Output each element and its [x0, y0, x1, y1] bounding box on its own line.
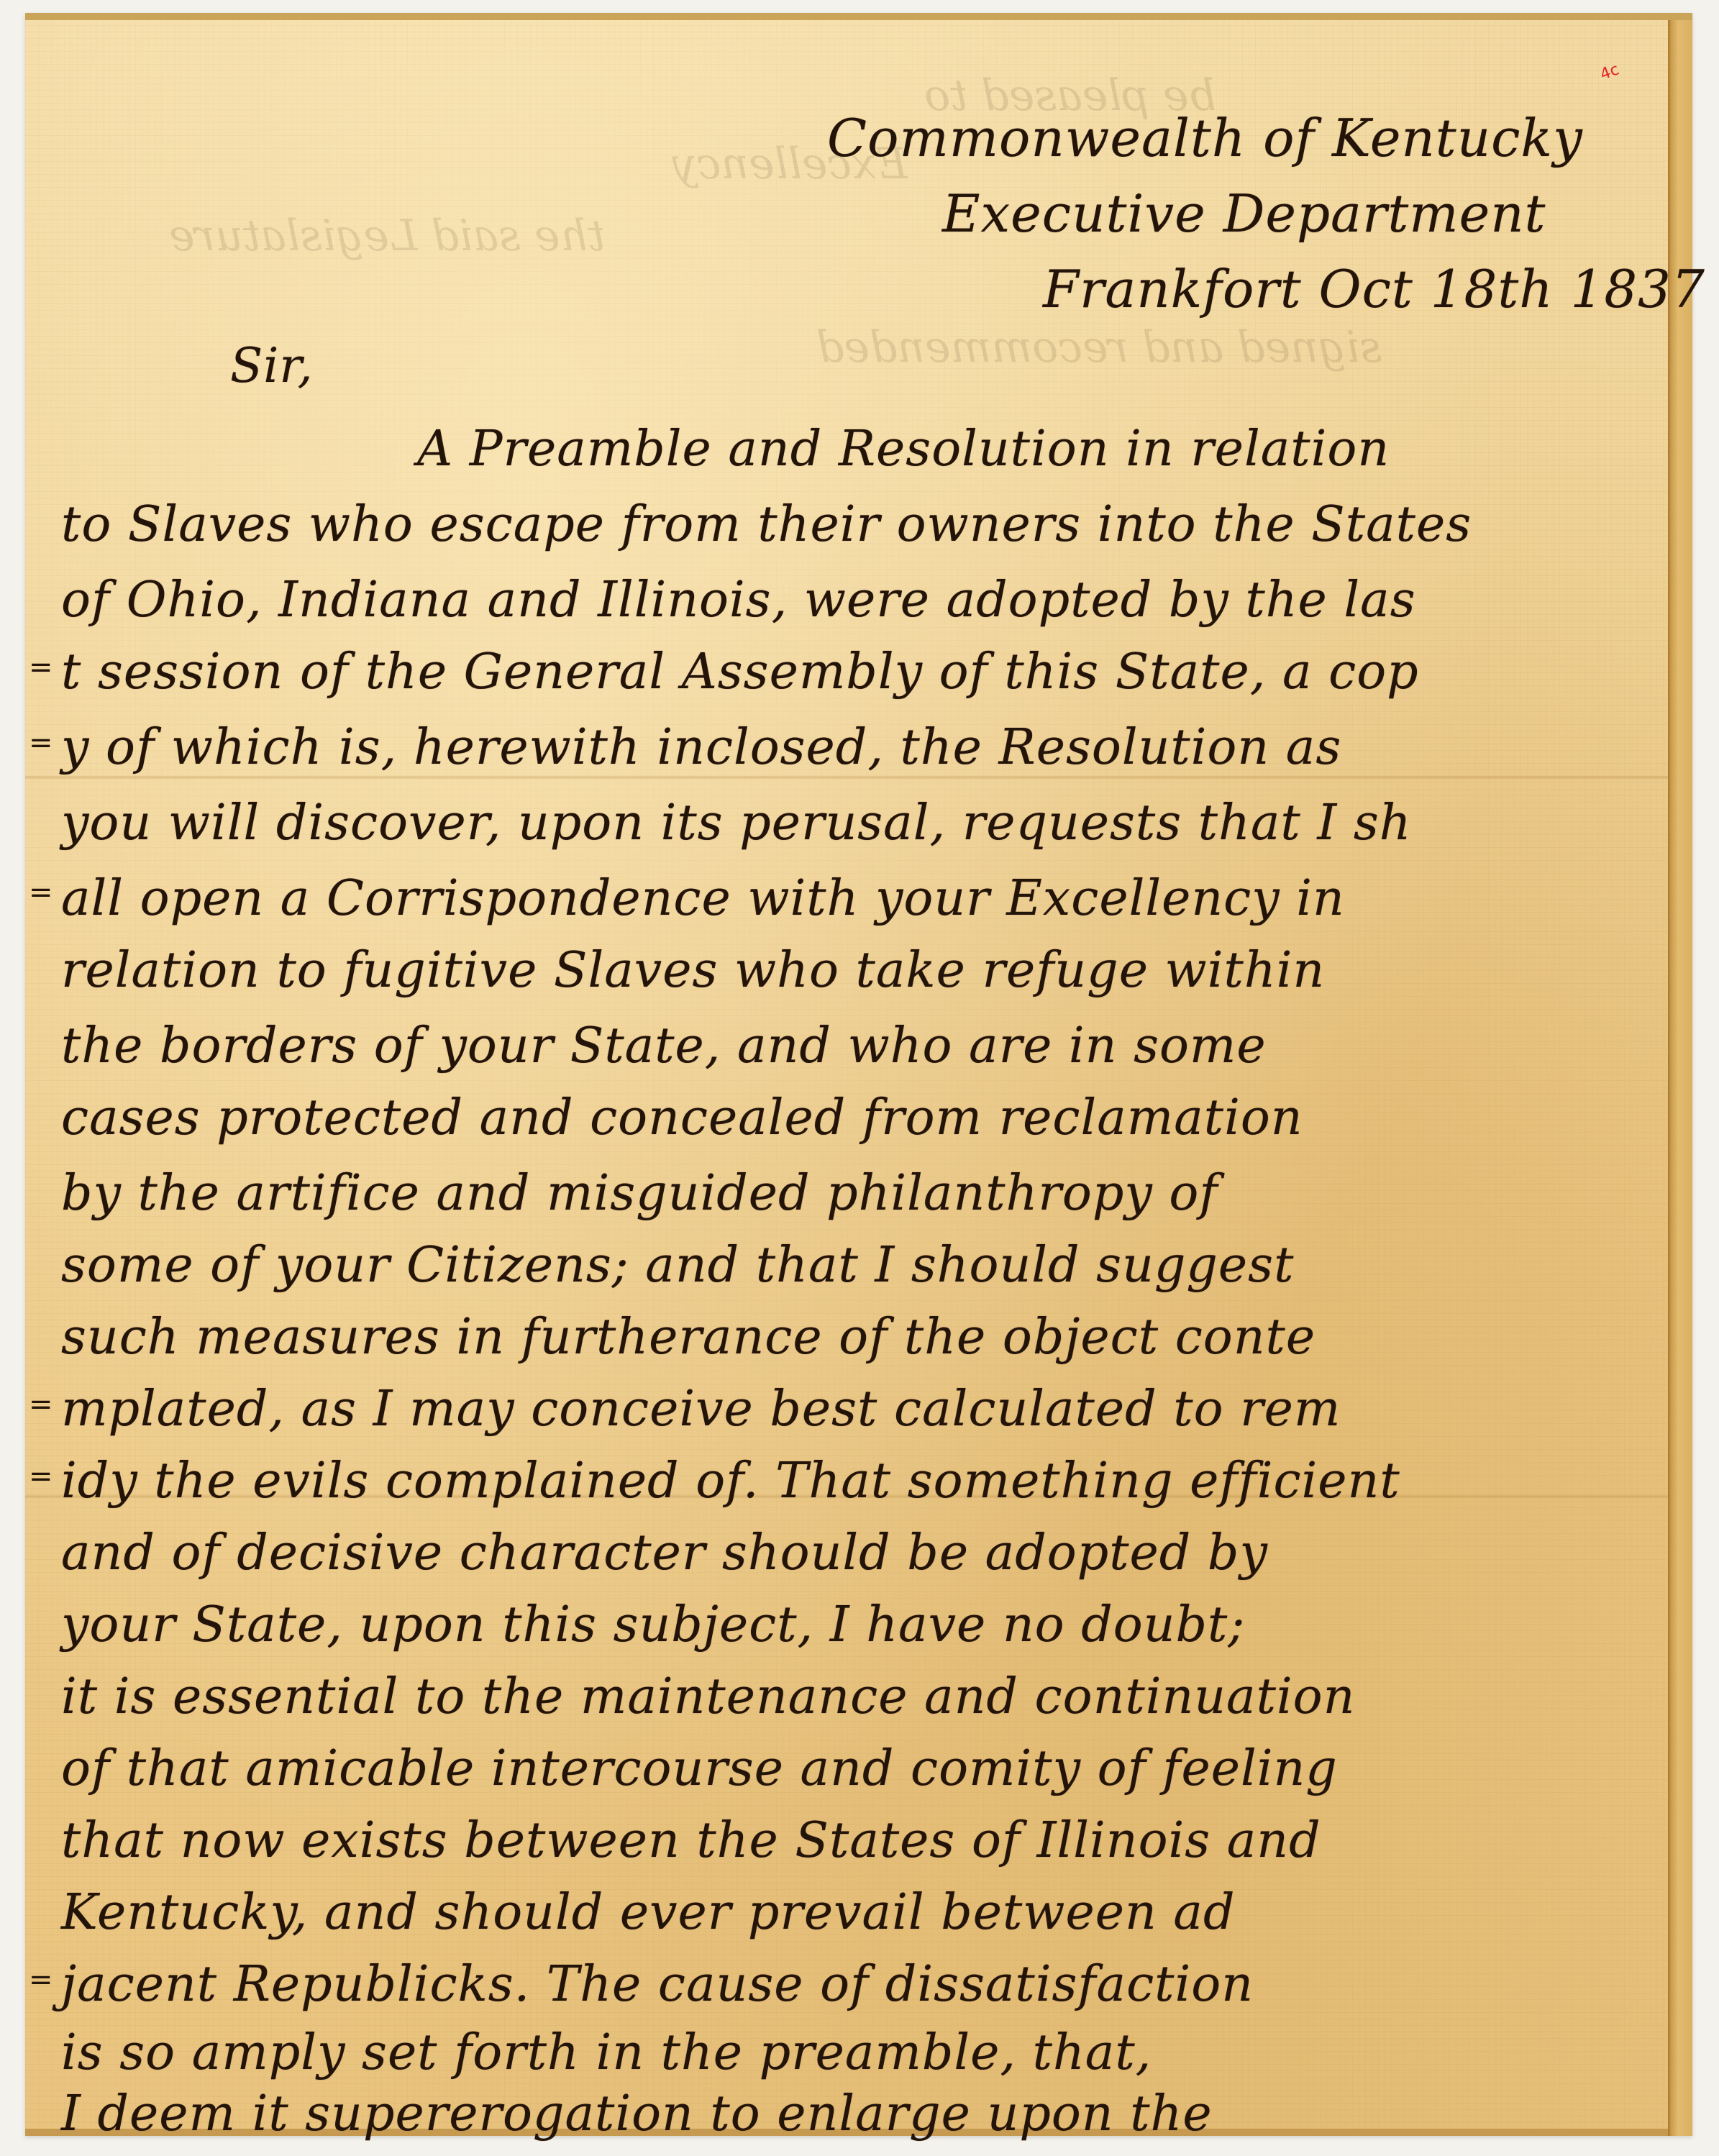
body-line: I deem it supererogation to enlarge upon… — [61, 2086, 1213, 2142]
body-line: it is essential to the maintenance and c… — [61, 1668, 1355, 1725]
continuation-mark: = — [29, 1460, 53, 1493]
body-line: y of which is, herewith inclosed, the Re… — [61, 719, 1341, 776]
heading-commonwealth: Commonwealth of Kentucky — [827, 108, 1583, 168]
body-line: and of decisive character should be adop… — [61, 1525, 1268, 1581]
body-line: Kentucky, and should ever prevail betwee… — [61, 1884, 1235, 1941]
body-line: jacent Republicks. The cause of dissatis… — [61, 1956, 1254, 2013]
body-line: the borders of your State, and who are i… — [61, 1018, 1267, 1074]
body-line: t session of the General Assembly of thi… — [61, 644, 1419, 700]
body-line: of that amicable intercourse and comity … — [61, 1740, 1338, 1797]
bleed-through-text: the said Legislature — [169, 211, 605, 261]
body-line: that now exists between the States of Il… — [61, 1812, 1321, 1869]
continuation-mark: = — [29, 726, 53, 759]
body-line: idy the evils complained of. That someth… — [61, 1453, 1400, 1509]
salutation: Sir, — [230, 338, 314, 393]
continuation-mark: = — [29, 876, 53, 909]
continuation-mark: = — [29, 1963, 53, 1996]
body-line: by the artifice and misguided philanthro… — [61, 1165, 1218, 1222]
body-line: of Ohio, Indiana and Illinois, were adop… — [61, 572, 1416, 629]
body-line: your State, upon this subject, I have no… — [61, 1597, 1245, 1653]
body-line: mplated, as I may conceive best calculat… — [61, 1381, 1341, 1438]
body-line: is so amply set forth in the preamble, t… — [61, 2024, 1152, 2081]
body-line: some of your Citizens; and that I should… — [61, 1237, 1294, 1294]
heading-department: Executive Department — [942, 183, 1546, 244]
body-line: all open a Corrispondence with your Exce… — [61, 870, 1345, 927]
body-line: you will discover, upon its perusal, req… — [61, 795, 1412, 851]
continuation-mark: = — [29, 1388, 53, 1421]
heading-place-date: Frankfort Oct 18th 1837 — [1043, 259, 1705, 319]
body-line: to Slaves who escape from their owners i… — [61, 496, 1472, 553]
bleed-through-text: signed and recommended — [816, 322, 1382, 373]
body-line: cases protected and concealed from recla… — [61, 1090, 1303, 1146]
continuation-mark: = — [29, 651, 53, 684]
body-line: such measures in furtherance of the obje… — [61, 1309, 1316, 1366]
body-line: A Preamble and Resolution in relation — [417, 421, 1390, 478]
body-line: relation to fugitive Slaves who take ref… — [61, 942, 1325, 999]
